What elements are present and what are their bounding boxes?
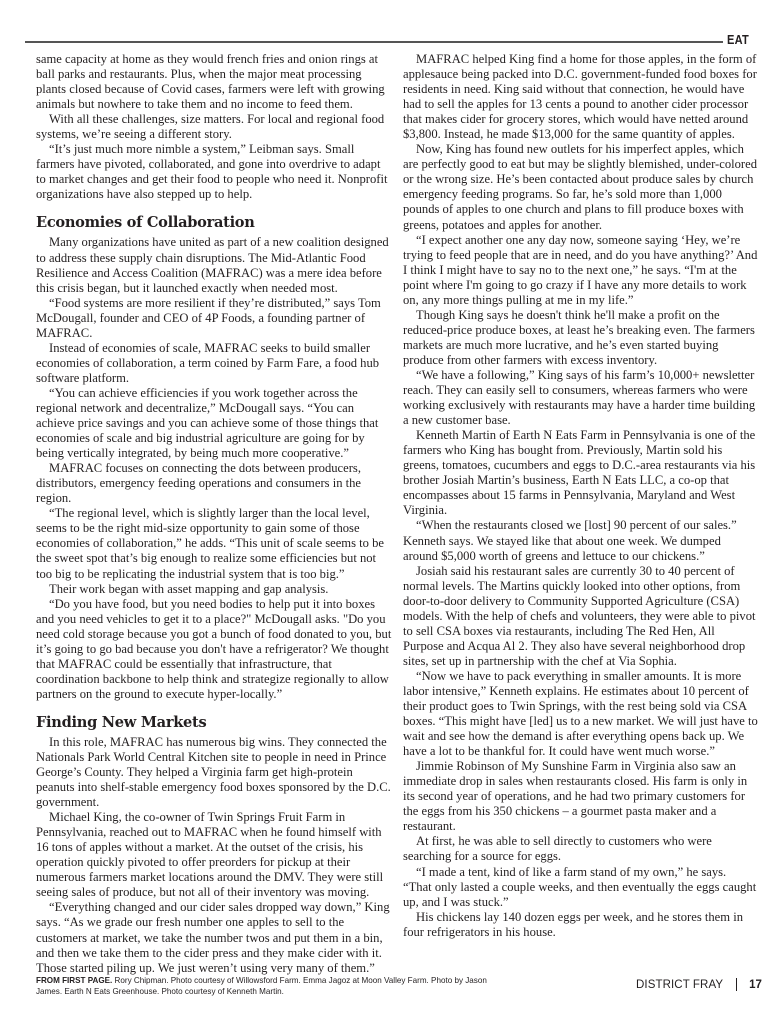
paragraph: Though King says he doesn't think he'll … <box>403 308 758 368</box>
paragraph: “The regional level, which is slightly l… <box>36 506 392 581</box>
magazine-page: EAT same capacity at home as they would … <box>0 0 783 1024</box>
paragraph: “I expect another one any day now, someo… <box>403 233 758 308</box>
paragraph: His chickens lay 140 dozen eggs per week… <box>403 910 758 940</box>
paragraph: Instead of economies of scale, MAFRAC se… <box>36 341 392 386</box>
paragraph: “I made a tent, kind of like a farm stan… <box>403 865 758 910</box>
paragraph: In this role, MAFRAC has numerous big wi… <box>36 735 392 810</box>
left-column: same capacity at home as they would fren… <box>36 52 392 976</box>
paragraph: Now, King has found new outlets for his … <box>403 142 758 232</box>
paragraph: MAFRAC focuses on connecting the dots be… <box>36 461 392 506</box>
paragraph: Jimmie Robinson of My Sunshine Farm in V… <box>403 759 758 834</box>
publication-name: DISTRICT FRAY <box>636 979 723 991</box>
photo-credits: FROM FIRST PAGE. Rory Chipman. Photo cou… <box>36 975 506 998</box>
page-number: 17 <box>749 979 762 991</box>
paragraph: “Do you have food, but you need bodies t… <box>36 597 392 702</box>
folio-divider <box>736 978 737 991</box>
paragraph: “When the restaurants closed we [lost] 9… <box>403 518 758 563</box>
right-column: MAFRAC helped King find a home for those… <box>403 52 758 940</box>
paragraph: With all these challenges, size matters.… <box>36 112 392 142</box>
paragraph: “You can achieve efficiencies if you wor… <box>36 386 392 461</box>
paragraph: “Everything changed and our cider sales … <box>36 900 392 975</box>
paragraph: “Food systems are more resilient if they… <box>36 296 392 341</box>
paragraph: At first, he was able to sell directly t… <box>403 834 758 864</box>
section-heading-economies-of-collaboration: Economies of Collaboration <box>36 214 392 232</box>
paragraph: “Now we have to pack everything in small… <box>403 669 758 759</box>
folio: DISTRICT FRAY 17 <box>636 978 762 991</box>
paragraph: same capacity at home as they would fren… <box>36 52 392 112</box>
paragraph: Many organizations have united as part o… <box>36 235 392 295</box>
section-label: EAT <box>727 32 749 47</box>
paragraph: Their work began with asset mapping and … <box>36 582 392 597</box>
section-heading-finding-new-markets: Finding New Markets <box>36 714 392 732</box>
credits-lead: FROM FIRST PAGE. <box>36 976 112 985</box>
paragraph: “It’s just much more nimble a system,” L… <box>36 142 392 202</box>
header-rule <box>25 41 723 43</box>
paragraph: Kenneth Martin of Earth N Eats Farm in P… <box>403 428 758 518</box>
paragraph: MAFRAC helped King find a home for those… <box>403 52 758 142</box>
paragraph: “We have a following,” King says of his … <box>403 368 758 428</box>
paragraph: Michael King, the co-owner of Twin Sprin… <box>36 810 392 900</box>
paragraph: Josiah said his restaurant sales are cur… <box>403 564 758 669</box>
